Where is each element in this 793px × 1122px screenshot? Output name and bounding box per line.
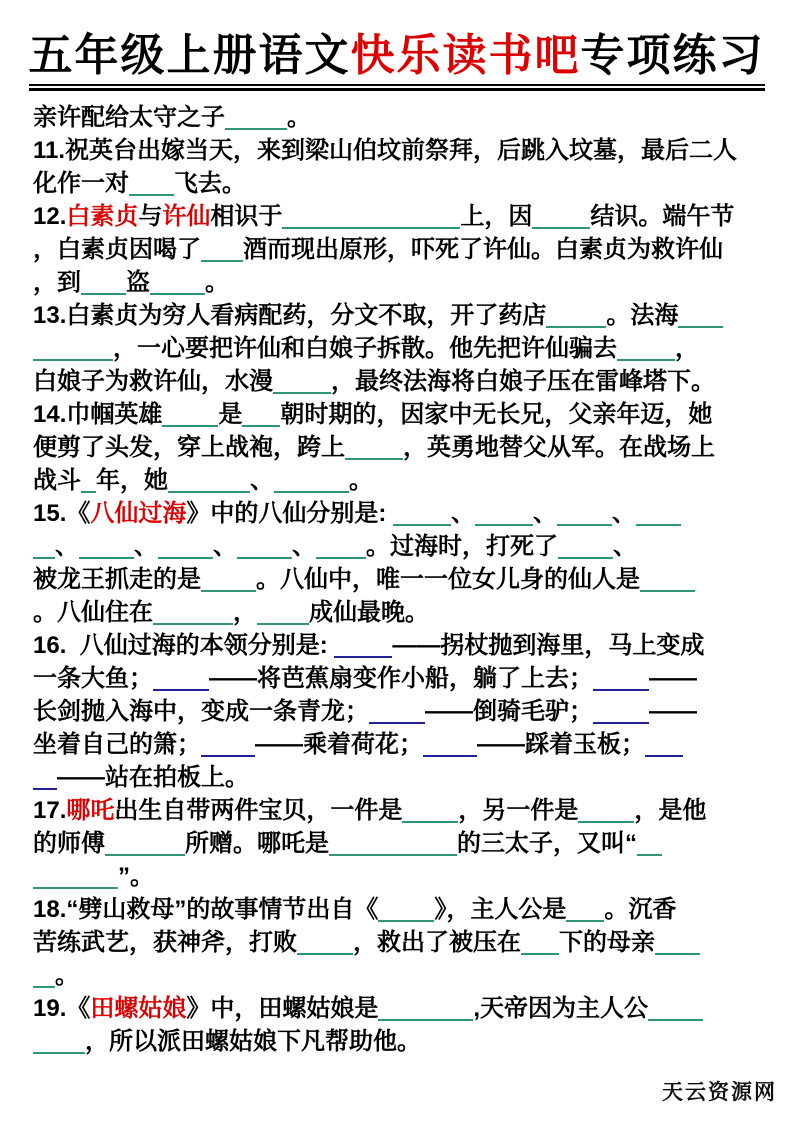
fill-in-blank — [129, 170, 174, 196]
text-segment: 专项练习 — [581, 31, 765, 80]
fill-in-blank — [153, 599, 233, 625]
text-segment: 上，因 — [460, 203, 532, 230]
text-segment: 、 — [451, 500, 475, 527]
worksheet-line: 16. 八仙过海的本领分别是: ——拐杖抛到海里，马上变成 — [33, 629, 773, 662]
fill-in-blank — [566, 896, 604, 922]
fill-in-blank — [557, 500, 612, 526]
text-segment: 年，她 — [96, 467, 168, 494]
highlighted-text: 八仙过海 — [90, 500, 186, 527]
worksheet-line: ”。 — [33, 860, 773, 893]
worksheet-line: 、、、、。过海时，打死了、 — [33, 530, 773, 563]
worksheet-line: 12.白素贞与许仙相识于上，因结识。端午节 — [33, 200, 773, 233]
text-segment: ——倒骑毛驴； — [425, 698, 593, 725]
fill-in-blank — [532, 203, 590, 229]
fill-in-blank — [242, 401, 280, 427]
text-segment: 、 — [213, 533, 237, 560]
fill-in-blank — [645, 731, 683, 757]
fill-in-blank — [274, 467, 349, 493]
fill-in-blank — [578, 797, 634, 823]
text-segment: 所赠。哪吒是 — [185, 830, 329, 857]
text-segment: ， — [675, 335, 699, 362]
highlighted-text: 田螺姑娘 — [90, 995, 186, 1022]
fill-in-blank — [237, 533, 292, 559]
text-segment: 。沉香 — [604, 896, 676, 923]
text-segment: 。八仙住在 — [33, 599, 153, 626]
fill-in-blank — [33, 1028, 85, 1054]
fill-in-blank — [316, 533, 366, 559]
fill-in-blank — [369, 698, 425, 724]
fill-in-blank — [33, 863, 118, 889]
text-segment: 15.《 — [33, 500, 90, 527]
text-segment: 长剑抛入海中，变成一条青龙； — [33, 698, 369, 725]
fill-in-blank — [33, 764, 57, 790]
text-segment: ，英勇地替父从军。在战场上 — [403, 434, 715, 461]
highlighted-text: 许仙 — [162, 203, 210, 230]
fill-in-blank — [678, 302, 723, 328]
text-segment: ， — [233, 599, 257, 626]
title-underline-top — [29, 84, 765, 86]
text-segment: 苦练武艺，获神斧，打败 — [33, 929, 297, 956]
worksheet-line: 便剪了头发，穿上战袍，跨上，英勇地替父从军。在战场上 — [33, 431, 773, 464]
text-segment: 》中的八仙分别是: — [186, 500, 393, 527]
text-segment: 。 — [349, 467, 373, 494]
text-segment: 19.《 — [33, 995, 90, 1022]
text-segment: 下的母亲 — [559, 929, 655, 956]
text-segment: 。过海时，打死了 — [366, 533, 558, 560]
worksheet-line: 11.祝英台出嫁当天，来到梁山伯坟前祭拜，后跳入坟墓，最后二人 — [33, 134, 773, 167]
fill-in-blank — [33, 962, 55, 988]
worksheet-page: 五年级上册语文快乐读书吧专项练习 亲许配给太守之子。11.祝英台出嫁当天，来到梁… — [0, 0, 793, 1122]
fill-in-blank — [225, 104, 287, 130]
page-title: 五年级上册语文快乐读书吧专项练习 — [29, 30, 765, 82]
text-segment: ，是他 — [634, 797, 706, 824]
text-segment: ——踩着玉板； — [477, 731, 645, 758]
text-segment: 、 — [250, 467, 274, 494]
text-segment: 》，主人公是 — [434, 896, 566, 923]
text-segment: ”。 — [118, 863, 154, 890]
fill-in-blank — [655, 929, 700, 955]
text-segment: 与 — [138, 203, 162, 230]
text-segment: ——乘着荷花； — [255, 731, 423, 758]
fill-in-blank — [81, 467, 96, 493]
text-segment: 》中，田螺姑娘是 — [186, 995, 378, 1022]
text-segment: 。八仙中，唯一一位女儿身的仙人是 — [256, 566, 640, 593]
fill-in-blank — [257, 599, 309, 625]
fill-in-blank — [475, 500, 533, 526]
fill-in-blank — [79, 533, 134, 559]
text-segment: 、 — [533, 500, 557, 527]
fill-in-blank — [33, 335, 113, 361]
text-segment: 14.巾帼英雄 — [33, 401, 162, 428]
text-segment: ，救出了被压在 — [353, 929, 521, 956]
text-segment: 白娘子为救许仙，水漫 — [33, 368, 273, 395]
fill-in-blank — [105, 830, 185, 856]
worksheet-line: ，白素贞因喝了酒而现出原形，吓死了许仙。白素贞为救许仙 — [33, 233, 773, 266]
fill-in-blank — [593, 665, 649, 691]
fill-in-blank — [158, 533, 213, 559]
fill-in-blank — [273, 368, 331, 394]
text-segment: 亲许配给太守之子 — [33, 104, 225, 131]
worksheet-line: ，一心要把许仙和白娘子拆散。他先把许仙骗去， — [33, 332, 773, 365]
fill-in-blank — [282, 203, 460, 229]
fill-in-blank — [423, 731, 477, 757]
text-segment: ，到 — [33, 269, 81, 296]
text-segment: 的师傅 — [33, 830, 105, 857]
fill-in-blank — [640, 566, 695, 592]
fill-in-blank — [168, 467, 250, 493]
fill-in-blank — [636, 500, 681, 526]
worksheet-line: 白娘子为救许仙，水漫，最终法海将白娘子压在雷峰塔下。 — [33, 365, 773, 398]
fill-in-blank — [201, 566, 256, 592]
text-segment: ——将芭蕉扇变作小船，躺了上去； — [209, 665, 593, 692]
text-segment: 。 — [205, 269, 229, 296]
fill-in-blank — [162, 401, 218, 427]
fill-in-blank — [201, 731, 255, 757]
fill-in-blank — [617, 335, 675, 361]
worksheet-line: ——站在拍板上。 — [33, 761, 773, 794]
fill-in-blank — [345, 434, 403, 460]
text-segment: 酒而现出原形，吓死了许仙。白素贞为救许仙 — [243, 236, 723, 263]
worksheet-line: 13.白素贞为穷人看病配药，分文不取，开了药店。法海 — [33, 299, 773, 332]
text-segment: —— — [649, 698, 697, 725]
text-segment: 五年级上册语文 — [29, 31, 351, 80]
text-segment: ，另一件是 — [458, 797, 578, 824]
worksheet-line: 被龙王抓走的是。八仙中，唯一一位女儿身的仙人是 — [33, 563, 773, 596]
worksheet-line: 14.巾帼英雄是朝时期的，因家中无长兄，父亲年迈，她 — [33, 398, 773, 431]
text-segment: 飞去。 — [174, 170, 246, 197]
fill-in-blank — [637, 830, 662, 856]
text-segment: 、 — [613, 533, 637, 560]
title-block: 五年级上册语文快乐读书吧专项练习 — [23, 30, 771, 91]
worksheet-line: ，所以派田螺姑娘下凡帮助他。 — [33, 1025, 773, 1058]
text-segment: 18.“劈山救母”的故事情节出自《 — [33, 896, 378, 923]
text-segment: 17. — [33, 797, 66, 824]
fill-in-blank — [33, 533, 55, 559]
text-segment: ——拐杖抛到海里，马上变成 — [392, 632, 704, 659]
text-segment: 一条大鱼； — [33, 665, 153, 692]
text-segment: 13.白素贞为穷人看病配药，分文不取，开了药店 — [33, 302, 546, 329]
text-segment: ，白素贞因喝了 — [33, 236, 201, 263]
fill-in-blank — [378, 896, 434, 922]
fill-in-blank — [546, 302, 606, 328]
fill-in-blank — [402, 797, 458, 823]
text-segment: ，所以派田螺姑娘下凡帮助他。 — [85, 1028, 421, 1055]
worksheet-line: 15.《八仙过海》中的八仙分别是: 、、、 — [33, 497, 773, 530]
text-segment: 相识于 — [210, 203, 282, 230]
worksheet-line: 化作一对飞去。 — [33, 167, 773, 200]
fill-in-blank — [648, 995, 703, 1021]
worksheet-line: 。 — [33, 959, 773, 992]
text-segment: 12. — [33, 203, 66, 230]
title-section: 五年级上册语文快乐读书吧专项练习 — [0, 0, 793, 91]
highlighted-text: 哪吒 — [66, 797, 114, 824]
text-segment: 、 — [292, 533, 316, 560]
fill-in-blank — [558, 533, 613, 559]
text-segment: 、 — [612, 500, 636, 527]
text-segment: 化作一对 — [33, 170, 129, 197]
worksheet-body: 亲许配给太守之子。11.祝英台出嫁当天，来到梁山伯坟前祭拜，后跳入坟墓，最后二人… — [33, 101, 773, 1058]
worksheet-line: 苦练武艺，获神斧，打败，救出了被压在下的母亲 — [33, 926, 773, 959]
fill-in-blank — [153, 665, 209, 691]
worksheet-line: 亲许配给太守之子。 — [33, 101, 773, 134]
fill-in-blank — [393, 500, 451, 526]
text-segment: 被龙王抓走的是 — [33, 566, 201, 593]
text-segment: 。法海 — [606, 302, 678, 329]
text-segment: ，最终法海将白娘子压在雷峰塔下。 — [331, 368, 715, 395]
fill-in-blank — [378, 995, 473, 1021]
worksheet-line: 的师傅所赠。哪吒是的三太子，又叫“ — [33, 827, 773, 860]
worksheet-line: 坐着自己的箫；——乘着荷花；——踩着玉板； — [33, 728, 773, 761]
fill-in-blank — [297, 929, 353, 955]
fill-in-blank — [593, 698, 649, 724]
text-segment: 11.祝英台出嫁当天，来到梁山伯坟前祭拜，后跳入坟墓，最后二人 — [33, 137, 737, 164]
worksheet-line: 战斗年，她、。 — [33, 464, 773, 497]
text-segment: 的三太子，又叫“ — [457, 830, 637, 857]
text-segment: 便剪了头发，穿上战袍，跨上 — [33, 434, 345, 461]
worksheet-line: ，到盗。 — [33, 266, 773, 299]
title-underline-bottom — [29, 88, 765, 91]
text-segment: 、 — [55, 533, 79, 560]
fill-in-blank — [334, 632, 392, 658]
highlighted-text: 白素贞 — [66, 203, 138, 230]
worksheet-line: 17.哪吒出生自带两件宝贝，一件是，另一件是，是他 — [33, 794, 773, 827]
worksheet-line: 19.《田螺姑娘》中，田螺姑娘是,天帝因为主人公 — [33, 992, 773, 1025]
fill-in-blank — [329, 830, 457, 856]
text-segment: —— — [649, 665, 697, 692]
text-segment: 结识。端午节 — [590, 203, 734, 230]
text-segment: 朝时期的，因家中无长兄，父亲年迈，她 — [280, 401, 712, 428]
highlighted-text: 快乐读书吧 — [351, 31, 581, 80]
watermark: 天云资源网 — [662, 1076, 777, 1106]
text-segment: ,天帝因为主人公 — [473, 995, 648, 1022]
worksheet-line: 一条大鱼；——将芭蕉扇变作小船，躺了上去；—— — [33, 662, 773, 695]
text-segment: 战斗 — [33, 467, 81, 494]
text-segment: 出生自带两件宝贝，一件是 — [114, 797, 402, 824]
text-segment: 。 — [55, 962, 79, 989]
fill-in-blank — [150, 269, 205, 295]
text-segment: 成仙最晚。 — [309, 599, 429, 626]
fill-in-blank — [201, 236, 243, 262]
text-segment: ——站在拍板上。 — [57, 764, 249, 791]
worksheet-line: 长剑抛入海中，变成一条青龙；——倒骑毛驴；—— — [33, 695, 773, 728]
worksheet-line: 18.“劈山救母”的故事情节出自《》，主人公是。沉香 — [33, 893, 773, 926]
worksheet-line: 。八仙住在，成仙最晚。 — [33, 596, 773, 629]
text-segment: 是 — [218, 401, 242, 428]
text-segment: 16. 八仙过海的本领分别是: — [33, 632, 334, 659]
fill-in-blank — [81, 269, 126, 295]
text-segment: ，一心要把许仙和白娘子拆散。他先把许仙骗去 — [113, 335, 617, 362]
text-segment: 坐着自己的箫； — [33, 731, 201, 758]
text-segment: 。 — [287, 104, 311, 131]
text-segment: 、 — [134, 533, 158, 560]
fill-in-blank — [521, 929, 559, 955]
text-segment: 盗 — [126, 269, 150, 296]
